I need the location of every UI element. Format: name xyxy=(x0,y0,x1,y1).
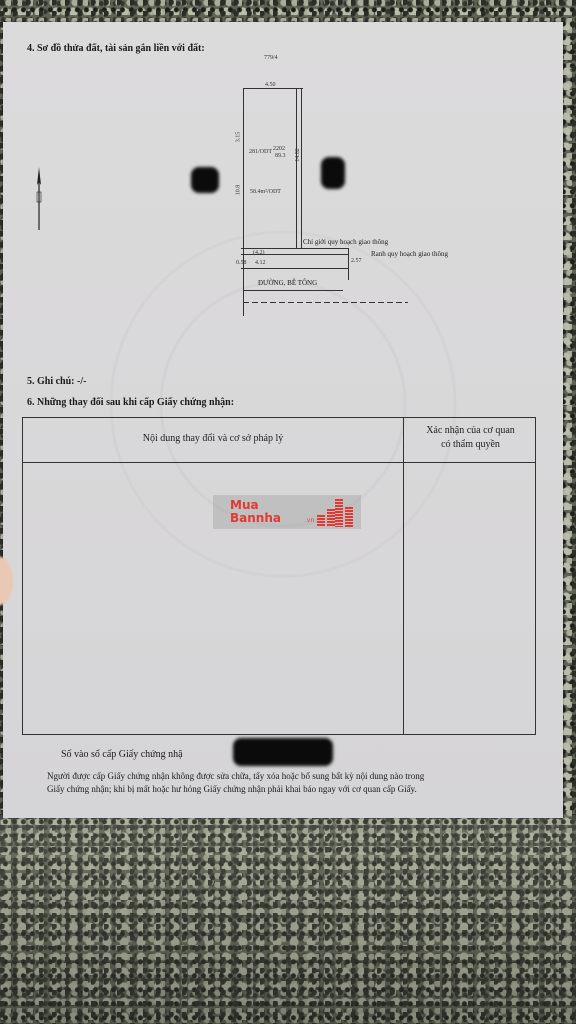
road-label: ĐƯỜNG, BÊ TÔNG xyxy=(258,279,317,287)
table-header-confirm-line2: có thẩm quyền xyxy=(404,439,537,450)
diagram-right-dim: 14.82 xyxy=(295,148,301,162)
annotation-traffic-area: Ranh quy hoạch giao thông xyxy=(371,250,448,258)
watermark-logo: Mua Bannha .vn xyxy=(213,495,361,529)
table-header-changes: Nội dung thay đổi và cơ sở pháp lý xyxy=(23,433,403,444)
registry-prefix: Số vào sổ cấp Giấy chứng nhậ xyxy=(61,749,183,760)
watermark-suffix: .vn xyxy=(305,517,314,524)
section-5-title: 5. Ghi chú: -/- xyxy=(27,376,86,387)
land-certificate-page: 4. Sơ đồ thửa đất, tài sản gắn liền với … xyxy=(3,22,563,818)
diagram-bottom-label: (4.2) xyxy=(253,250,265,256)
diagram-bottom-label: 2.57 xyxy=(351,258,362,264)
diagram-bottom-label: 0.58 xyxy=(236,260,247,266)
diagram-bottom-label: 4.12 xyxy=(255,260,266,266)
table-header-confirm-line1: Xác nhận của cơ quan xyxy=(404,425,537,436)
notice-line-2: Giấy chứng nhận; khi bị mất hoặc hư hỏng… xyxy=(47,784,417,794)
watermark-word-1: Mua xyxy=(230,499,259,511)
north-arrow-icon xyxy=(36,167,42,232)
redaction-mark xyxy=(321,157,345,189)
building-icon xyxy=(317,497,357,527)
diagram-parcel-area-value: 89.3 xyxy=(275,153,286,159)
watermark-word-2: Bannha xyxy=(230,512,281,524)
diagram-parcel-number: 281/ODT xyxy=(249,149,272,155)
changes-table: Nội dung thay đổi và cơ sở pháp lý Xác n… xyxy=(22,417,536,735)
section-4-title: 4. Sơ đồ thửa đất, tài sản gắn liền với … xyxy=(27,43,205,54)
diagram-top-label: 779/4 xyxy=(264,55,278,61)
granite-background xyxy=(0,815,576,1024)
redaction-mark xyxy=(191,167,219,193)
diagram-left-dim: 3.15 xyxy=(235,132,241,143)
diagram-left-dim: 10.8 xyxy=(235,185,241,196)
diagram-parcel-area-top: 2202 xyxy=(273,146,285,152)
finger-holding-paper xyxy=(0,555,14,607)
redaction-mark xyxy=(233,738,333,766)
diagram-main-area: 58.4m²/ODT xyxy=(250,189,281,195)
section-6-title: 6. Những thay đổi sau khi cấp Giấy chứng… xyxy=(27,397,234,408)
notice-line-1: Người được cấp Giấy chứng nhận không đượ… xyxy=(47,771,424,781)
annotation-traffic-boundary: Chỉ giới quy hoạch giao thông xyxy=(303,238,388,246)
